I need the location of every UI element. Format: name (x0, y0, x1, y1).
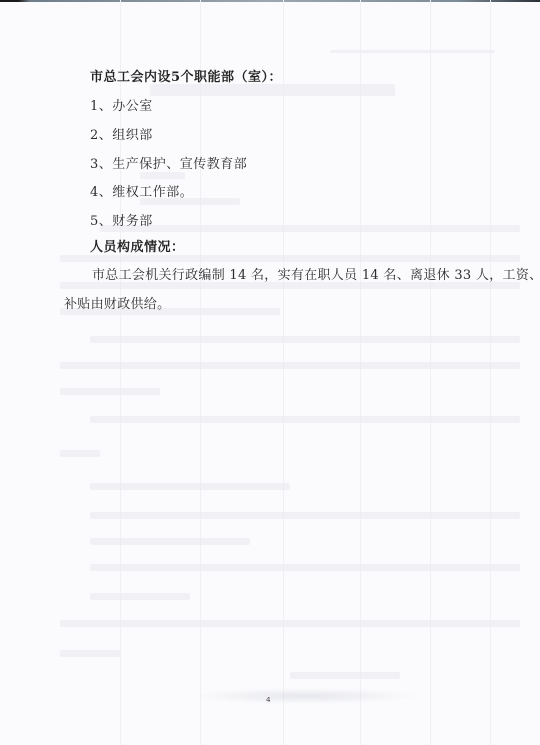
department-item: 5、财务部 (90, 210, 153, 229)
department-item: 3、生产保护、宣传教育部 (90, 153, 247, 172)
staffing-paragraph-line-2: 补贴由财政供给。 (64, 293, 170, 312)
page-number: 4 (266, 696, 270, 704)
department-item: 1、办公室 (90, 95, 153, 114)
department-item: 4、维权工作部。 (90, 181, 193, 200)
department-item: 2、组织部 (90, 124, 153, 143)
document-page: 市总工会内设5个职能部（室）： 1、办公室 2、组织部 3、生产保护、宣传教育部… (0, 0, 540, 745)
departments-heading: 市总工会内设5个职能部（室）： (90, 66, 282, 85)
staffing-paragraph-line-1: 市总工会机关行政编制 14 名，实有在职人员 14 名、离退休 33 人，工资、 (92, 264, 540, 283)
staffing-heading: 人员构成情况： (90, 236, 185, 255)
